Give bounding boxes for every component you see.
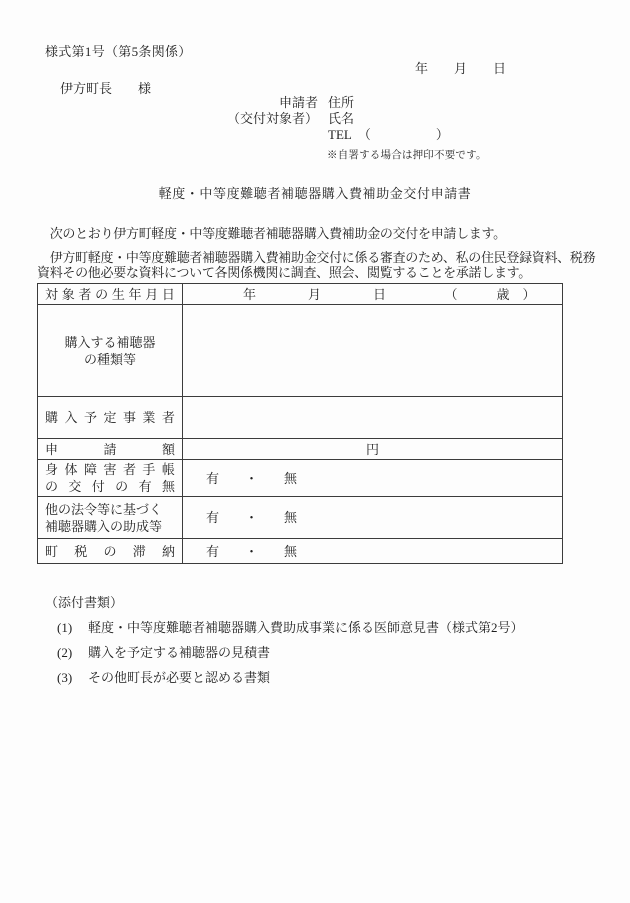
tel-field-label: TEL （ ） xyxy=(328,127,449,143)
application-form-page: 様式第1号（第5条関係） 年 月 日 伊方町長 様 申請者 住所 （交付対象者）… xyxy=(0,0,630,903)
attachment-item: (1) 軽度・中等度難聴者補聴器購入費助成事業に係る医師意見書（様式第2号） xyxy=(57,615,524,640)
value-cell xyxy=(183,305,563,397)
applicant-row-address: 申請者 住所 xyxy=(148,95,449,111)
label-cell: 購入予定事業者 xyxy=(38,397,183,439)
table-row-planned-vendor: 購入予定事業者 xyxy=(38,397,563,439)
attachment-text: 軽度・中等度難聴者補聴器購入費助成事業に係る医師意見書（様式第2号） xyxy=(88,615,524,640)
value-cell: 有 ・ 無 xyxy=(183,539,563,564)
label-cell: 町税の滞納 xyxy=(38,539,183,564)
table-row-disability-certificate: 身体障害者手帳 の交付の有無 有 ・ 無 xyxy=(38,460,563,497)
attachment-item: (3) その他町長が必要と認める書類 xyxy=(57,665,524,690)
table-row-other-subsidies: 他の法令等に基づく 補聴器購入の助成等 有 ・ 無 xyxy=(38,497,563,539)
applicant-row-name: （交付対象者） 氏名 xyxy=(148,111,449,127)
name-field-label: 氏名 xyxy=(328,111,354,127)
table-row-hearing-aid-type: 購入する補聴器 の種類等 xyxy=(38,305,563,397)
table-row-application-amount: 申請額 円 xyxy=(38,439,563,460)
label-cell: 購入する補聴器 の種類等 xyxy=(38,305,183,397)
label-cell: 身体障害者手帳 の交付の有無 xyxy=(38,460,183,497)
table-row-town-tax-delinquency: 町税の滞納 有 ・ 無 xyxy=(38,539,563,564)
attachments-section: （添付書類） (1) 軽度・中等度難聴者補聴器購入費助成事業に係る医師意見書（様… xyxy=(45,590,524,690)
applicant-block: 申請者 住所 （交付対象者） 氏名 TEL （ ） xyxy=(148,95,449,142)
paragraph-application: 次のとおり伊方町軽度・中等度難聴者補聴器購入費補助金の交付を申請します。 xyxy=(37,226,597,242)
date-line: 年 月 日 xyxy=(415,58,506,77)
attachment-number: (3) xyxy=(57,665,88,690)
attachments-heading: （添付書類） xyxy=(45,590,524,615)
value-cell: 有 ・ 無 xyxy=(183,460,563,497)
attachment-text: その他町長が必要と認める書類 xyxy=(88,665,270,690)
applicant-label: 申請者 xyxy=(148,95,318,111)
paragraph-consent-line2: 資料その他必要な資料について各関係機関に調査、照会、閲覧することを承諾します。 xyxy=(37,265,597,281)
label-cell: 対象者の生年月日 xyxy=(38,284,183,305)
application-table: 対象者の生年月日 年 月 日 （ 歳 ） 購入する補聴器 の種類等 購入予定事業… xyxy=(37,283,563,564)
value-cell: 円 xyxy=(183,439,563,460)
grant-recipient-label: （交付対象者） xyxy=(148,111,318,127)
table-row-birthdate: 対象者の生年月日 年 月 日 （ 歳 ） xyxy=(38,284,563,305)
attachment-item: (2) 購入を予定する補聴器の見積書 xyxy=(57,640,524,665)
value-cell: 有 ・ 無 xyxy=(183,497,563,539)
value-cell xyxy=(183,397,563,439)
attachment-number: (1) xyxy=(57,615,88,640)
address-field-label: 住所 xyxy=(328,95,354,111)
label-cell: 他の法令等に基づく 補聴器購入の助成等 xyxy=(38,497,183,539)
applicant-row-tel: TEL （ ） xyxy=(148,127,449,143)
value-cell: 年 月 日 （ 歳 ） xyxy=(183,284,563,305)
addressee-mayor: 伊方町長 様 xyxy=(60,78,151,97)
body-paragraphs: 次のとおり伊方町軽度・中等度難聴者補聴器購入費補助金の交付を申請します。 伊方町… xyxy=(37,226,597,281)
attachment-number: (2) xyxy=(57,640,88,665)
page-title: 軽度・中等度難聴者補聴器購入費補助金交付申請書 xyxy=(0,183,630,202)
attachment-text: 購入を予定する補聴器の見積書 xyxy=(88,640,270,665)
stamp-note: ※自署する場合は押印不要です。 xyxy=(327,147,487,162)
paragraph-consent-line1: 伊方町軽度・中等度難聴者補聴器購入費補助金交付に係る審査のため、私の住民登録資料… xyxy=(37,250,597,266)
form-number: 様式第1号（第5条関係） xyxy=(45,41,192,60)
label-cell: 申請額 xyxy=(38,439,183,460)
